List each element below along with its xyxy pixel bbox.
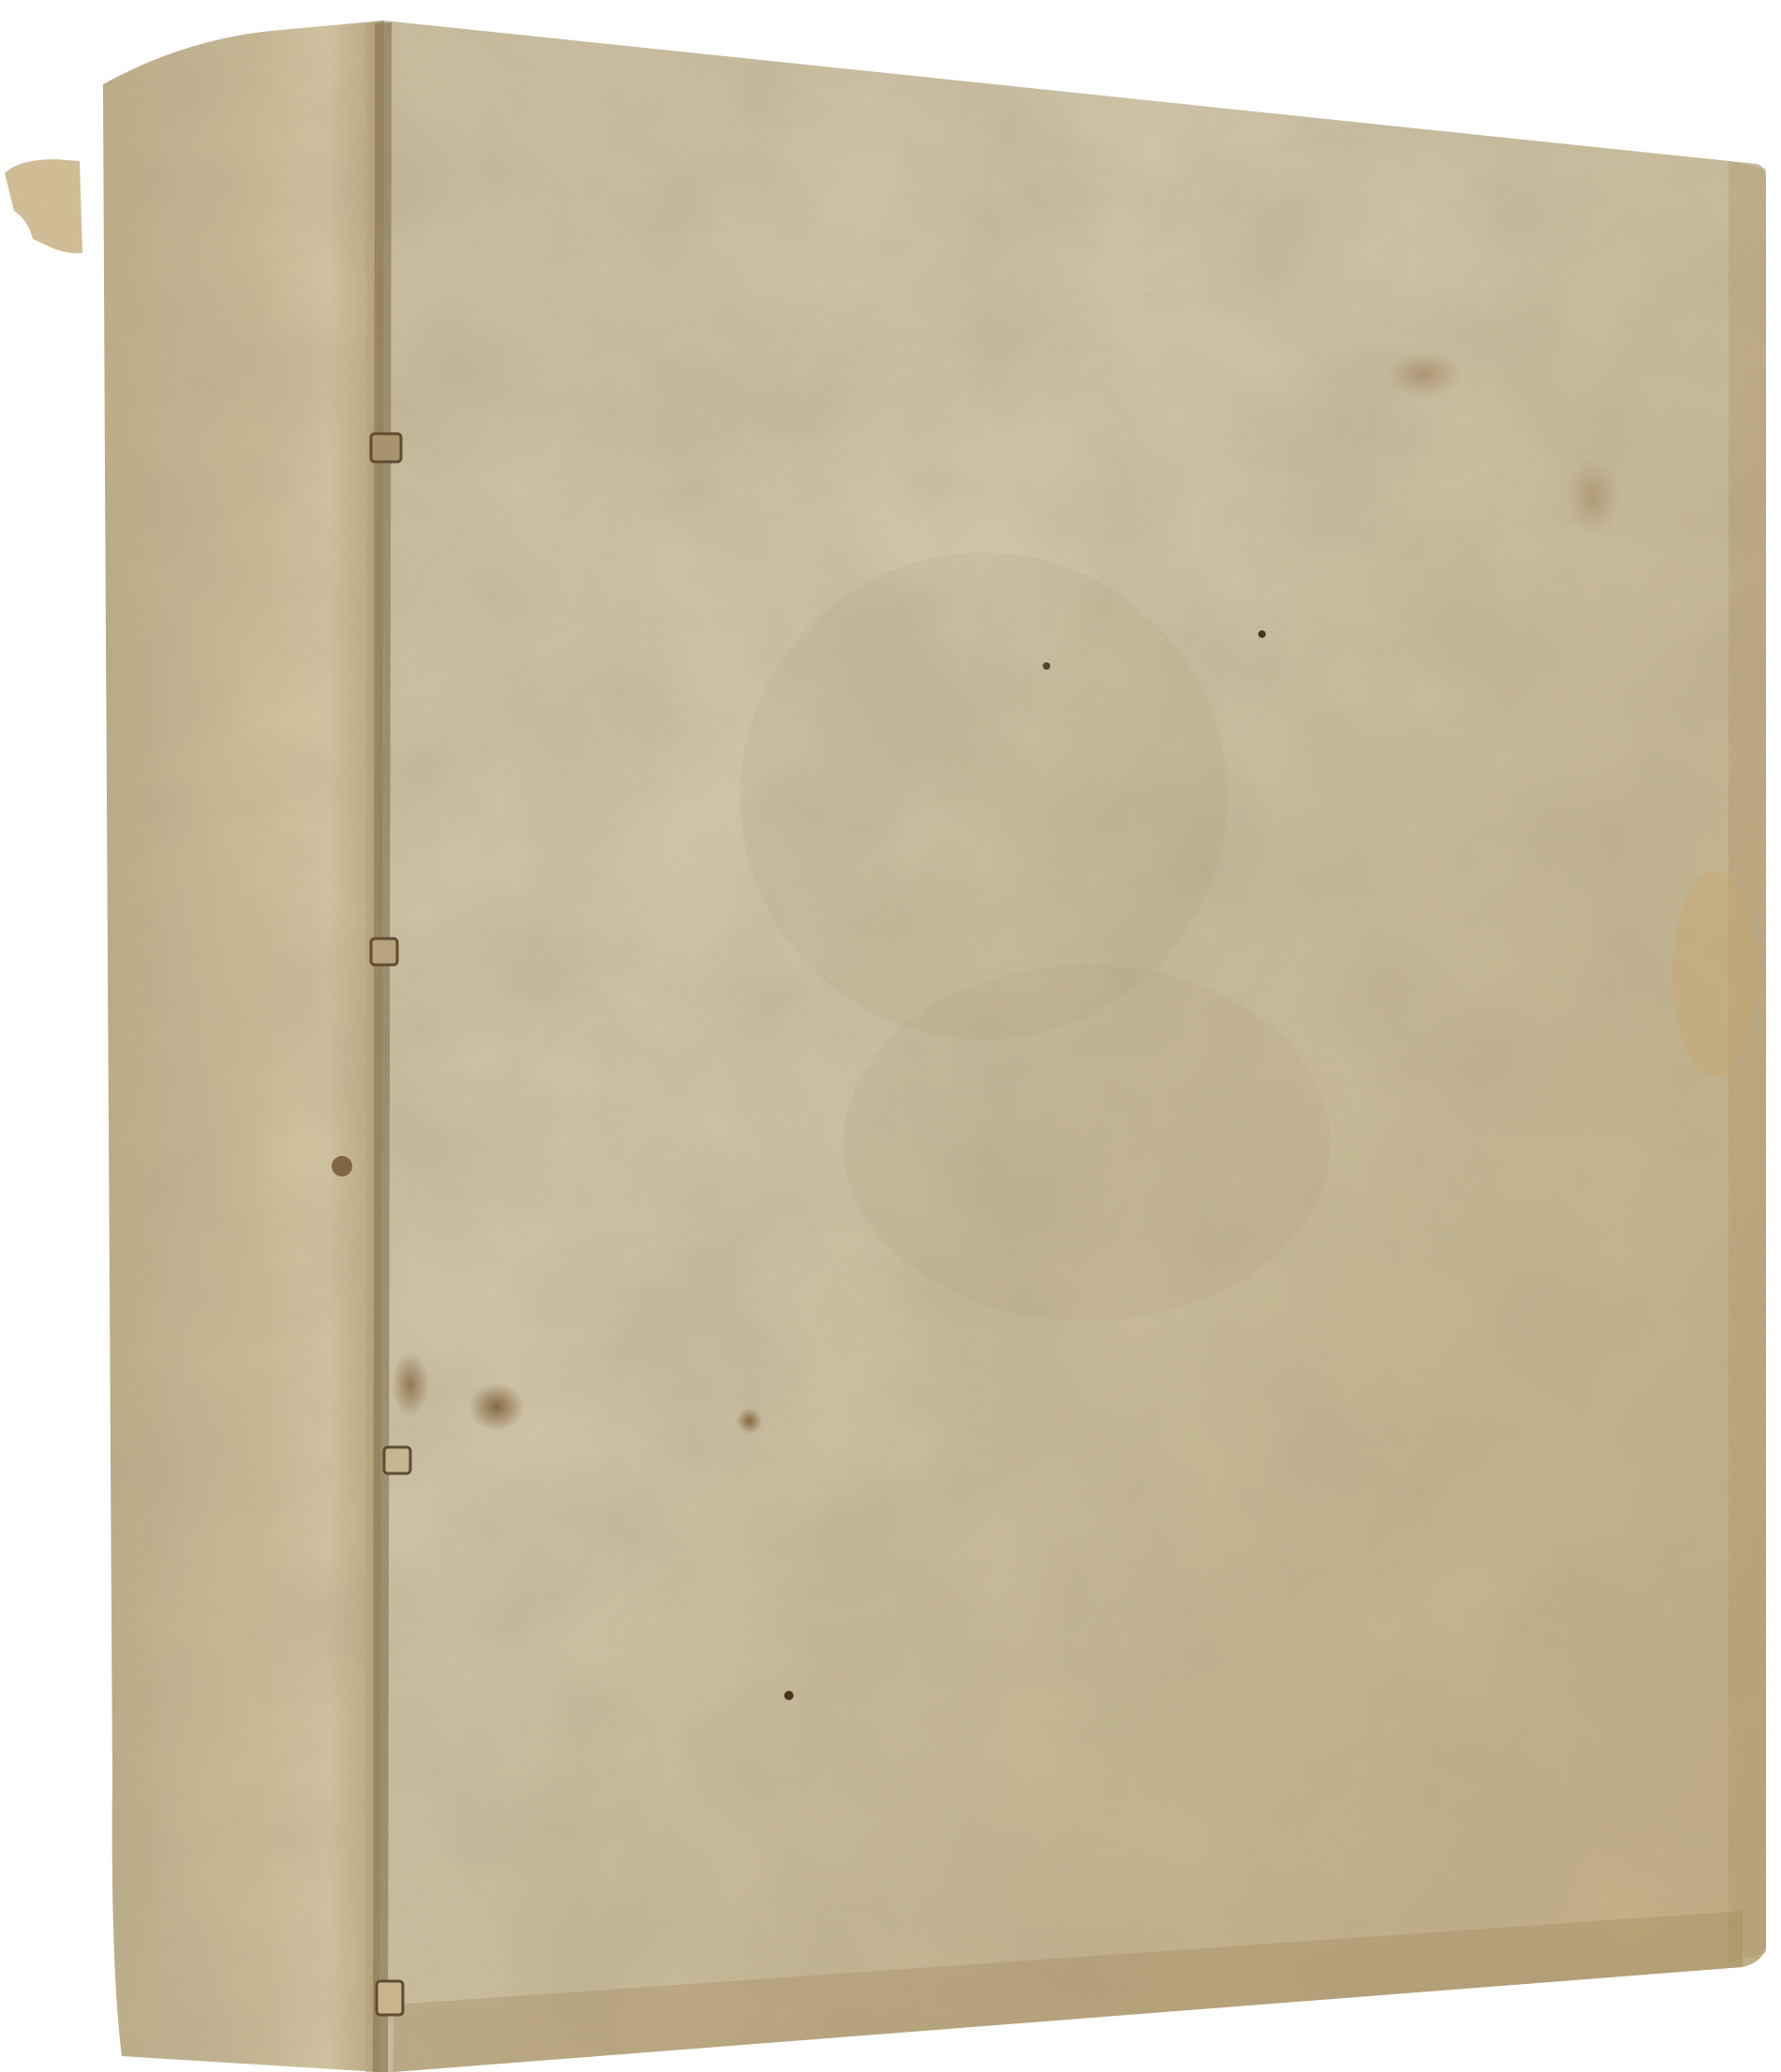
spine — [103, 21, 384, 2072]
torn-flap — [5, 159, 82, 253]
tie-2 — [371, 939, 397, 965]
tie-1 — [371, 434, 401, 462]
tie-4 — [377, 1981, 403, 2015]
book-photo — [0, 0, 1781, 2072]
tie-3 — [384, 1447, 410, 1473]
vellum-book-illustration — [0, 0, 1781, 2072]
spine-joint — [365, 22, 392, 2072]
